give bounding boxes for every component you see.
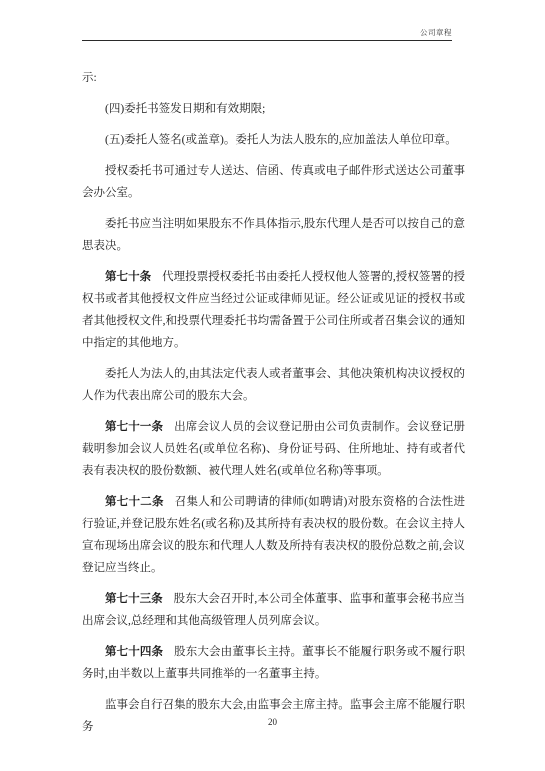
list-item-5: (五)委托人签名(或盖章)。委托人为法人股东的,应加盖法人单位印章。 <box>82 129 465 151</box>
paragraph-supervisory-board: 监事会自行召集的股东大会,由监事会主席主持。监事会主席不能履行职务 <box>82 694 465 738</box>
document-page: 公司章程 示: (四)委托书签发日期和有效期限; (五)委托人签名(或盖章)。委… <box>0 0 545 771</box>
article-70-number: 第七十条 <box>105 271 151 283</box>
document-content: 示: (四)委托书签发日期和有效期限; (五)委托人签名(或盖章)。委托人为法人… <box>82 67 465 738</box>
header-title: 公司章程 <box>420 28 452 37</box>
article-71-number: 第七十一条 <box>105 421 163 433</box>
article-73-number: 第七十三条 <box>105 593 163 605</box>
article-73: 第七十三条股东大会召开时,本公司全体董事、监事和董事会秘书应当出席会议,总经理和… <box>82 588 465 632</box>
article-70: 第七十条代理投票授权委托书由委托人授权他人签署的,授权签署的授权书或者其他授权文… <box>82 266 465 354</box>
list-item-4: (四)委托书签发日期和有效期限; <box>82 98 465 120</box>
page-number: 20 <box>268 717 277 727</box>
paragraph-proxy-instruction: 委托书应当注明如果股东不作具体指示,股东代理人是否可以按自己的意思表决。 <box>82 213 465 257</box>
article-74-number: 第七十四条 <box>105 646 163 658</box>
page-footer: 20 <box>0 717 545 727</box>
article-72-number: 第七十二条 <box>105 496 164 508</box>
paragraph-continuation: 示: <box>82 67 465 89</box>
article-71: 第七十一条出席会议人员的会议登记册由公司负责制作。会议登记册载明参加会议人员姓名… <box>82 416 465 482</box>
article-74: 第七十四条股东大会由董事长主持。董事长不能履行职务或不履行职务时,由半数以上董事… <box>82 641 465 685</box>
page-header: 公司章程 <box>82 27 452 41</box>
paragraph-legal-person: 委托人为法人的,由其法定代表人或者董事会、其他决策机构决议授权的人作为代表出席公… <box>82 363 465 407</box>
paragraph-delivery: 授权委托书可通过专人送达、信函、传真或电子邮件形式送达公司董事会办公室。 <box>82 160 465 204</box>
article-72: 第七十二条召集人和公司聘请的律师(如聘请)对股东资格的合法性进行验证,并登记股东… <box>82 491 465 579</box>
